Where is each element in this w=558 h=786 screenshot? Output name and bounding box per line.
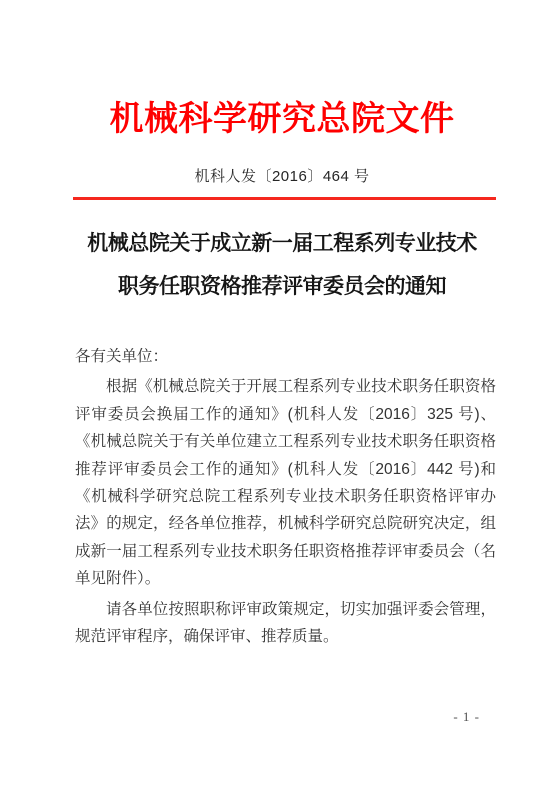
paragraph-2: 请各单位按照职称评审政策规定，切实加强评委会管理，规范评审程序，确保评审、推荐质…	[75, 596, 496, 651]
letterhead: 机械科学研究总院文件 机科人发〔2016〕464 号	[0, 0, 558, 200]
red-divider	[73, 197, 496, 200]
page-number: - 1 -	[453, 709, 480, 724]
doc-title-line-1: 机械总院关于成立新一届工程系列专业技术	[68, 222, 496, 265]
doc-title-line-2: 职务任职资格推荐评审委员会的通知	[68, 265, 496, 308]
paragraph-1: 根据《机械总院关于开展工程系列专业技术职务任职资格评审委员会换届工作的通知》(机…	[75, 373, 496, 592]
page-footer: - 1 -	[453, 709, 480, 725]
salutation: 各有关单位：	[75, 343, 496, 370]
doc-number: 机科人发〔2016〕464 号	[68, 167, 496, 186]
org-title: 机械科学研究总院文件	[68, 0, 496, 140]
doc-title: 机械总院关于成立新一届工程系列专业技术 职务任职资格推荐评审委员会的通知	[68, 222, 496, 308]
doc-body: 各有关单位： 根据《机械总院关于开展工程系列专业技术职务任职资格评审委员会换届工…	[75, 343, 496, 650]
document-page: 机械科学研究总院文件 机科人发〔2016〕464 号 机械总院关于成立新一届工程…	[0, 0, 558, 786]
